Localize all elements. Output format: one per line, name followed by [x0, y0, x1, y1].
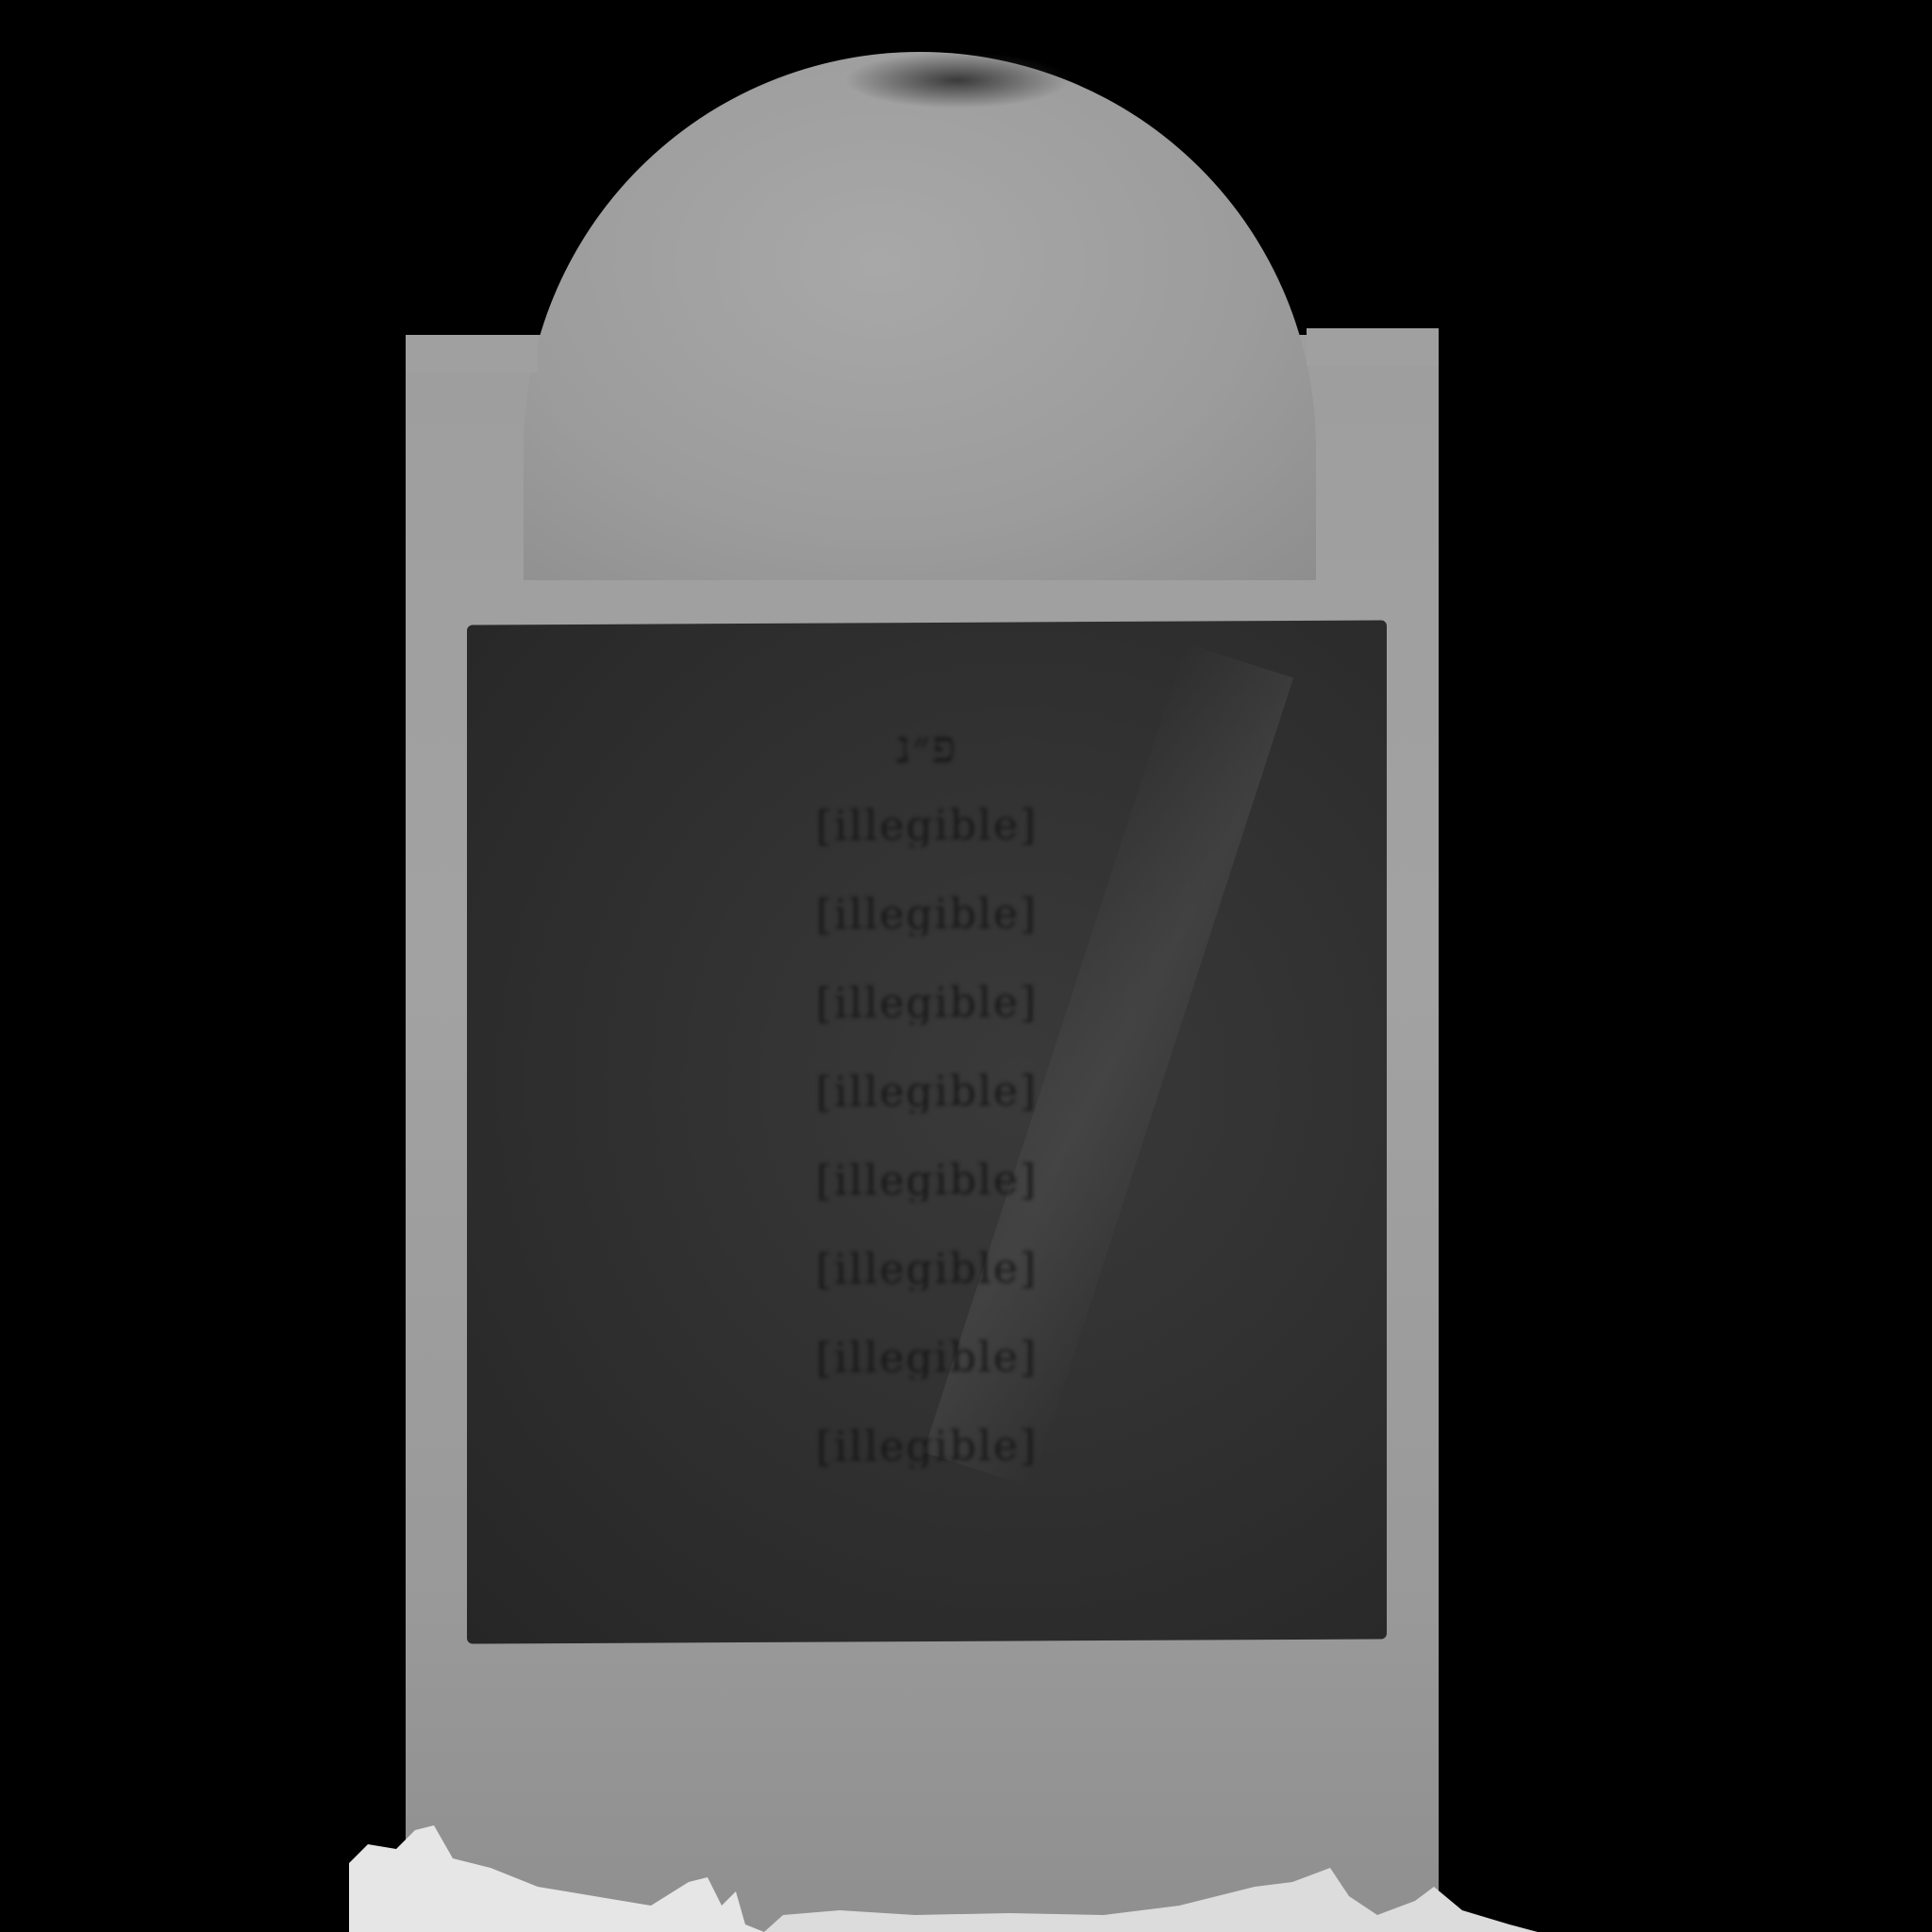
- inscription-line: [illegible]: [495, 1336, 1358, 1382]
- inscription-line: [illegible]: [495, 804, 1358, 850]
- gravestone: פ״נ [illegible] [illegible] [illegible] …: [406, 52, 1439, 1932]
- inscription-line: [illegible]: [495, 1070, 1358, 1116]
- inscription-header: פ״נ: [495, 724, 1358, 771]
- ground-edge: [349, 1774, 1538, 1932]
- inscription-panel: פ״נ [illegible] [illegible] [illegible] …: [467, 620, 1387, 1643]
- left-shoulder: [406, 335, 538, 373]
- inscription-line: [illegible]: [495, 981, 1358, 1027]
- weathering-stain: [844, 52, 1071, 108]
- inscription-line: [illegible]: [495, 1247, 1358, 1293]
- stone-arch-top: [524, 52, 1316, 580]
- hebrew-inscription: פ״נ [illegible] [illegible] [illegible] …: [495, 724, 1358, 1518]
- inscription-line: [illegible]: [495, 1158, 1358, 1205]
- inscription-line: [illegible]: [495, 892, 1358, 939]
- right-shoulder: [1307, 328, 1439, 366]
- inscription-line: [illegible]: [495, 1424, 1358, 1471]
